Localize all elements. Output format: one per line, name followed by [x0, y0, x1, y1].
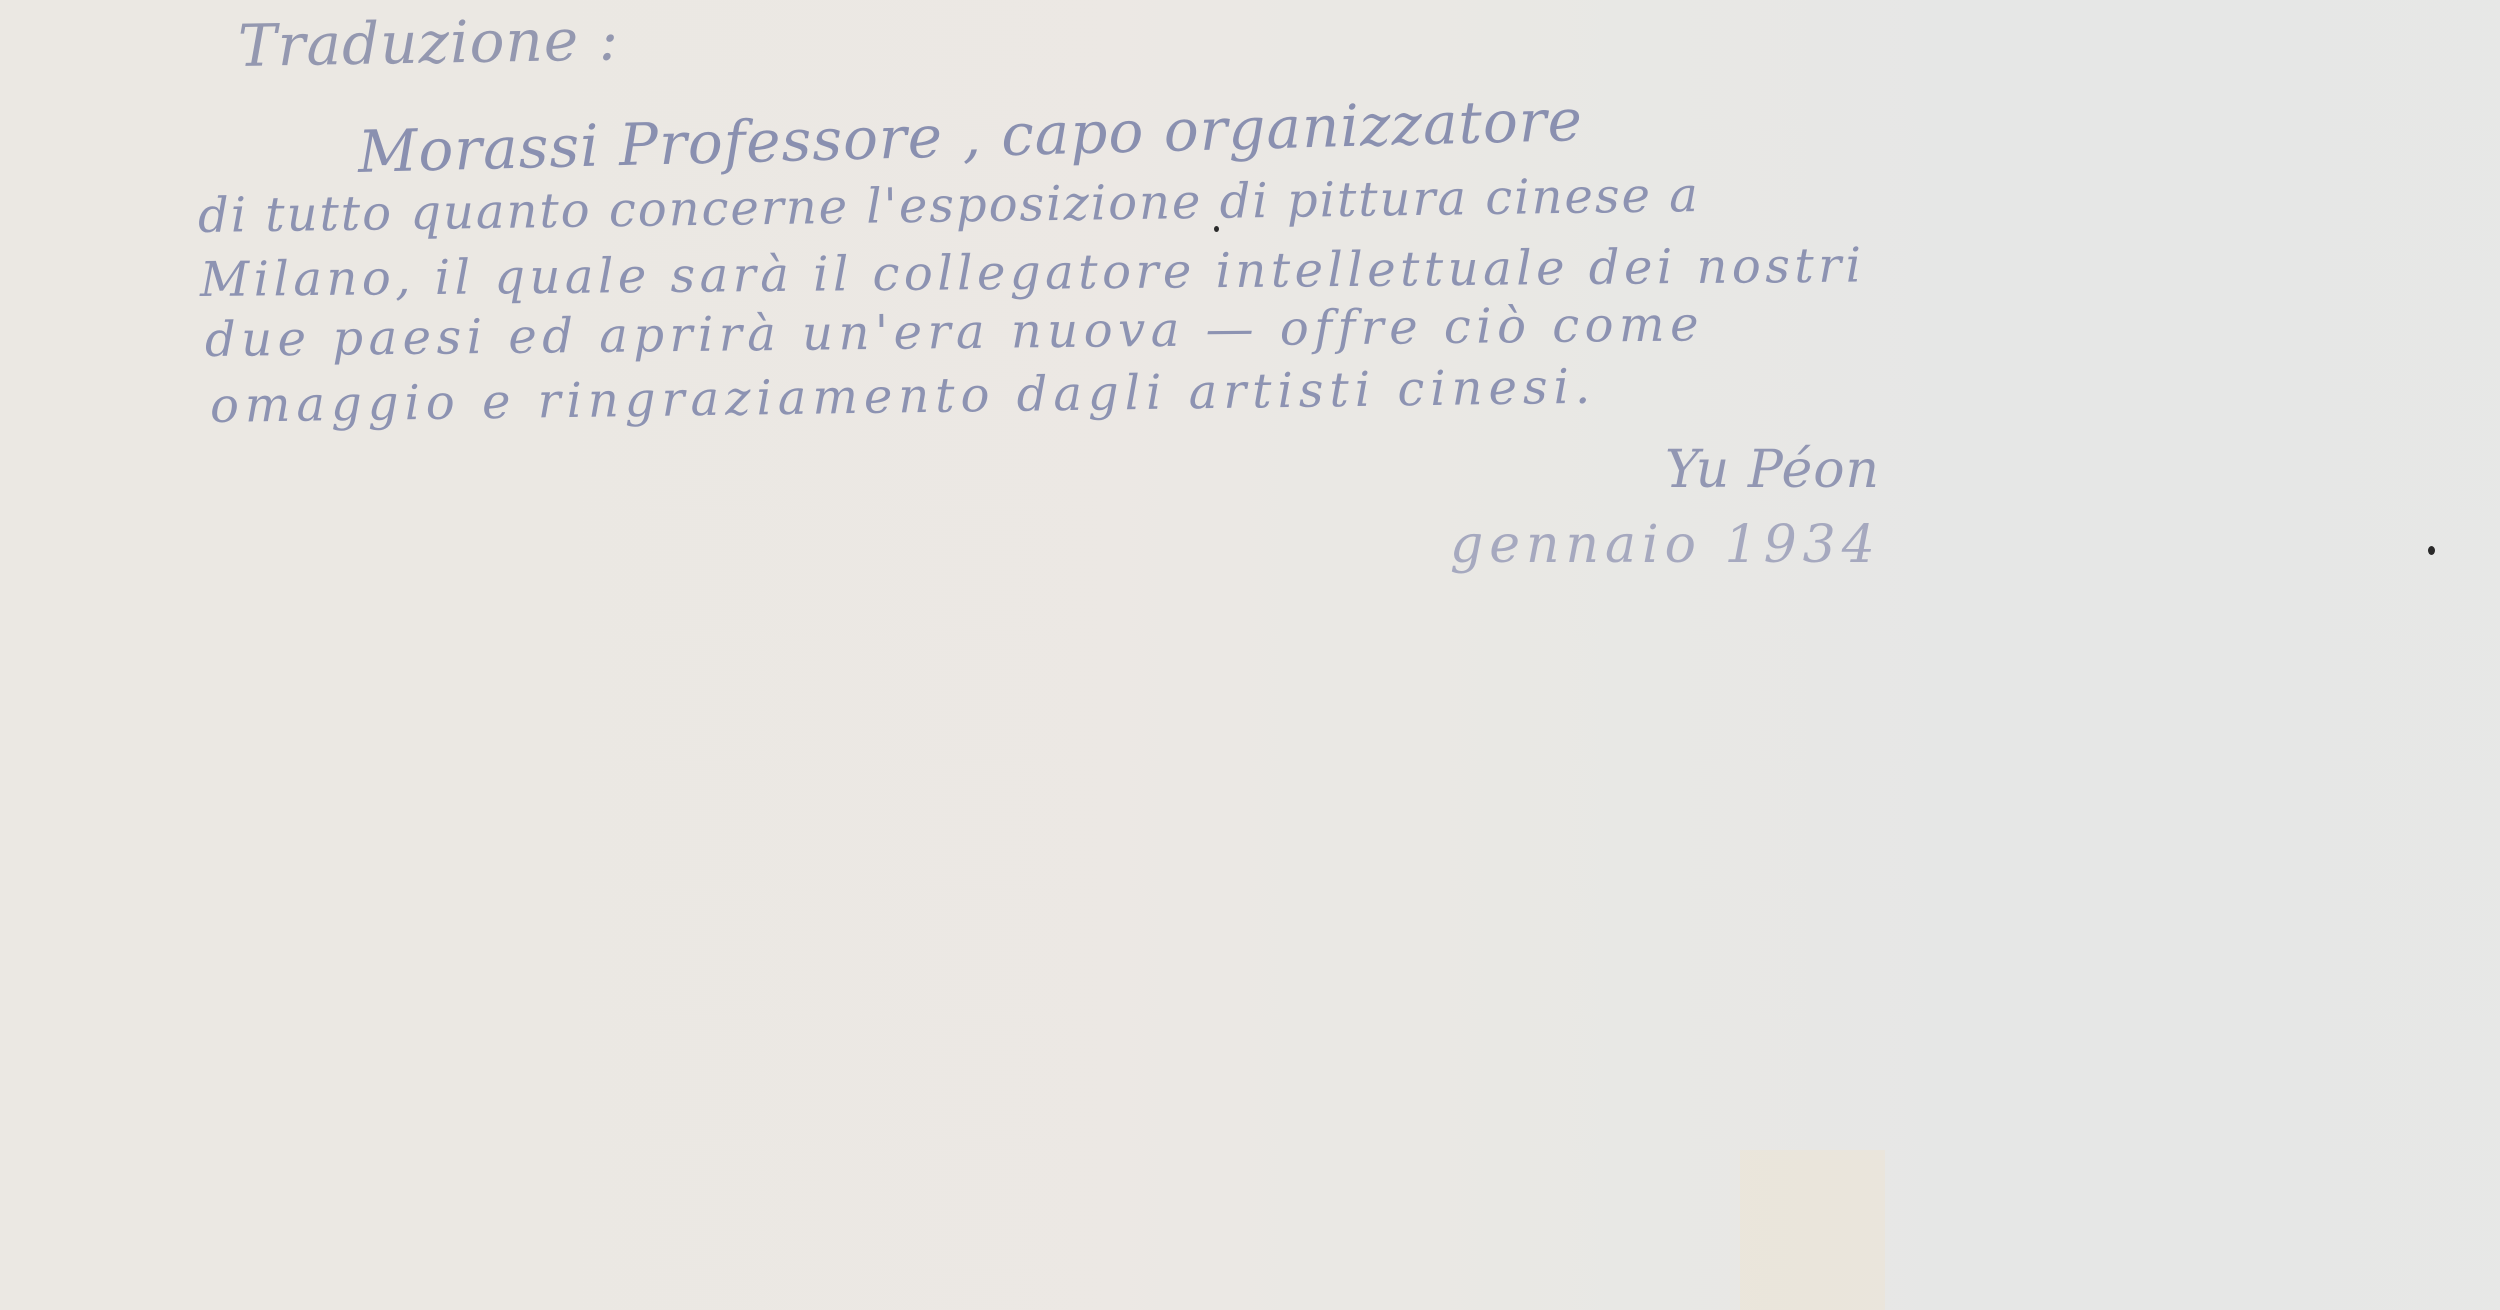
paper-stain [1740, 1150, 1885, 1310]
note-title: Traduzione : [237, 5, 619, 80]
ink-dot [1214, 226, 1219, 232]
ink-dot [2428, 546, 2435, 555]
note-date: gennaio 1934 [1450, 515, 1881, 575]
signature: Yu Péon [1665, 440, 1880, 500]
